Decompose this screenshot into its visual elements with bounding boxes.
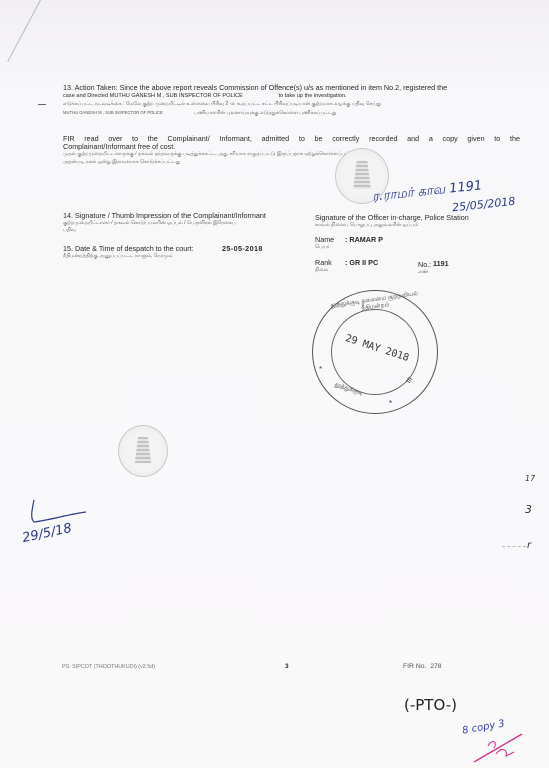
- fir-label: FIR No.: [403, 663, 426, 670]
- section13-suffix: to take up the investigation.: [278, 93, 346, 99]
- section13-tamil-2: MUTHU GANESH M , SUB INSPECTOR OF POLICE…: [63, 110, 523, 116]
- seal-star-bottom: *: [389, 399, 392, 408]
- section13-heading: 13. Action Taken: Since the above report…: [63, 84, 520, 92]
- left-margin-tick: [38, 104, 46, 105]
- rank-value: : GR II PC: [345, 259, 378, 267]
- fir-read-tamil-2: அதன்படி நகல் ஒன்று இலவசமாக கொடுக்கப்பட்ட…: [63, 159, 363, 165]
- fir-read-line2: Complainant/Informant free of cost.: [63, 143, 363, 151]
- tn-emblem-watermark-lower: [118, 425, 168, 477]
- section13-line2: case and Directed MUTHU GANESH M , SUB I…: [63, 92, 523, 100]
- no-label: No.:: [418, 261, 431, 269]
- fir-read-tamil-1: முதல் குற்றமுறையீட்டாளருக்கு / தகவல் தந்…: [63, 151, 493, 157]
- rank-label: Rank: [315, 259, 332, 267]
- rank-tamil: நிலை: [315, 267, 328, 273]
- section13-tamil-officer: MUTHU GANESH M , SUB INSPECTOR OF POLICE: [63, 110, 163, 115]
- scan-crease: [7, 0, 41, 62]
- section13-tamil-1: எடுக்கப்பட்ட நடவடிக்கை : மேலே குற்ற முறை…: [63, 101, 523, 107]
- officer-signature-tamil: காவல் நிலைய பொறுப்பு அலுவலரின் ஒப்பம்: [315, 222, 535, 228]
- footer-fir: FIR No. 278: [403, 663, 442, 670]
- section15-heading: 15. Date & Time of despatch to the court…: [63, 245, 243, 253]
- footer-page-number: 3: [285, 663, 289, 670]
- section13-tamil-text: பணியாளரின் புலனாய்வுக்கு எடுத்துக்கொள்ள …: [194, 110, 336, 116]
- section14-heading: 14. Signature / Thumb Impression of the …: [63, 212, 313, 220]
- seal-star-left: *: [319, 365, 322, 374]
- pto-note: (-PTO-): [404, 696, 457, 714]
- right-mark-1: 17: [525, 474, 535, 483]
- court-seal: தூத்துக்குடி தலைமை குற்றவியல் நீதிமன்றம்…: [312, 290, 438, 414]
- officer-name: RAMAR P: [349, 235, 383, 244]
- fir-number: 278: [430, 663, 441, 670]
- section15-tamil: நீதிமன்றத்திற்கு அனுப்பப்பட்ட நாளும், நே…: [63, 253, 263, 259]
- no-value: 1191: [433, 260, 449, 268]
- fir-page: 13. Action Taken: Since the above report…: [0, 0, 549, 768]
- section15-value: 25-05-2018: [222, 245, 263, 253]
- officer-rank: GR II PC: [349, 258, 378, 267]
- name-value: : RAMAR P: [345, 236, 383, 244]
- right-mark-2: 3: [525, 503, 532, 516]
- footer-station: PS: SIPCOT (THOOTHUKUDI) (v2.5d): [62, 664, 155, 670]
- section14-tamil-1: குற்றமுறையீட்டாளர் / தகவல் கொடுப்பவரின் …: [63, 220, 313, 226]
- officer-signature-label: Signature of the Officer in-charge, Poli…: [315, 214, 545, 222]
- pink-initial-mark: [470, 728, 530, 766]
- officer-handwritten-date: 25/05/2018: [451, 195, 515, 215]
- section13-officer: MUTHU GANESH M , SUB INSPECTOR OF POLICE: [110, 93, 243, 99]
- no-tamil: எண்: [418, 269, 428, 275]
- section14-tamil-2: பதிவு: [63, 227, 163, 233]
- right-dash-line: [502, 546, 526, 547]
- seal-side-text: III: [405, 376, 414, 385]
- section13-prefix: case and Directed: [63, 93, 108, 99]
- name-tamil: பெயர்: [315, 244, 330, 250]
- right-mark-3: r: [527, 540, 531, 551]
- name-label: Name: [315, 236, 334, 244]
